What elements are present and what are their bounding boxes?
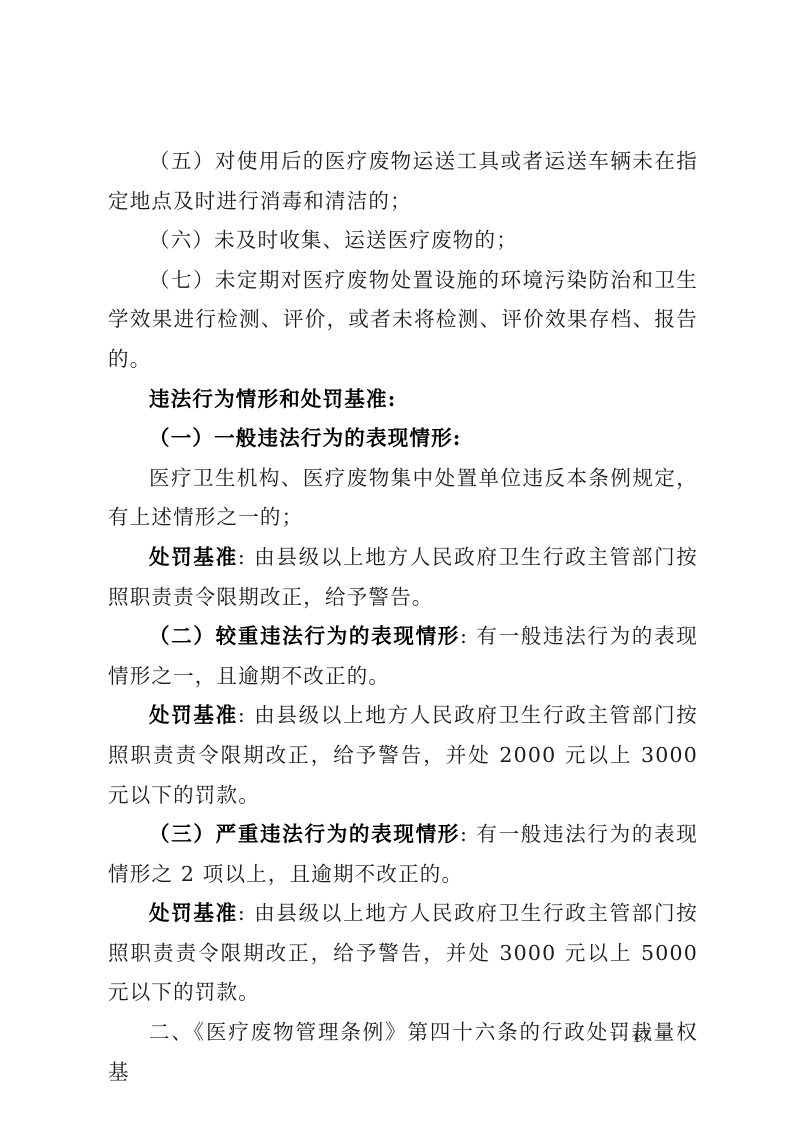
penalty-standard-general: 处罚基准: 由县级以上地方人民政府卫生行政主管部门按照职责责令限期改正，给予警告…: [108, 538, 698, 617]
serious-violation-label: （二）较重违法行为的表现情形: [149, 624, 460, 648]
penalty-label: 处罚基准: [149, 545, 238, 569]
penalty-standard-severe: 处罚基准: 由县级以上地方人民政府卫生行政主管部门按照职责责令限期改正，给予警告…: [108, 894, 698, 1013]
penalty-label: 处罚基准: [149, 901, 238, 925]
subheading-general-violation: （一）一般违法行为的表现情形:: [108, 419, 698, 459]
item-6: （六）未及时收集、运送医疗废物的；: [108, 221, 698, 261]
item-5: （五）对使用后的医疗废物运送工具或者运送车辆未在指定地点及时进行消毒和清洁的；: [108, 142, 698, 221]
item-7: （七）未定期对医疗废物处置设施的环境污染防治和卫生学效果进行检测、评价，或者未将…: [108, 261, 698, 380]
severe-violation-label: （三）严重违法行为的表现情形: [149, 822, 460, 846]
penalty-standard-serious: 处罚基准: 由县级以上地方人民政府卫生行政主管部门按照职责责令限期改正，给予警告…: [108, 696, 698, 815]
general-violation-description: 医疗卫生机构、医疗废物集中处置单位违反本条例规定，有上述情形之一的；: [108, 459, 698, 538]
severe-violation: （三）严重违法行为的表现情形: 有一般违法行为的表现情形之 2 项以上，且逾期不…: [108, 815, 698, 894]
serious-violation: （二）较重违法行为的表现情形: 有一般违法行为的表现情形之一，且逾期不改正的。: [108, 617, 698, 696]
page-number: － 17 －: [610, 1022, 673, 1048]
section-heading-violations: 违法行为情形和处罚基准:: [108, 380, 698, 420]
document-body: （五）对使用后的医疗废物运送工具或者运送车辆未在指定地点及时进行消毒和清洁的； …: [108, 142, 698, 1092]
penalty-label: 处罚基准: [149, 703, 238, 727]
